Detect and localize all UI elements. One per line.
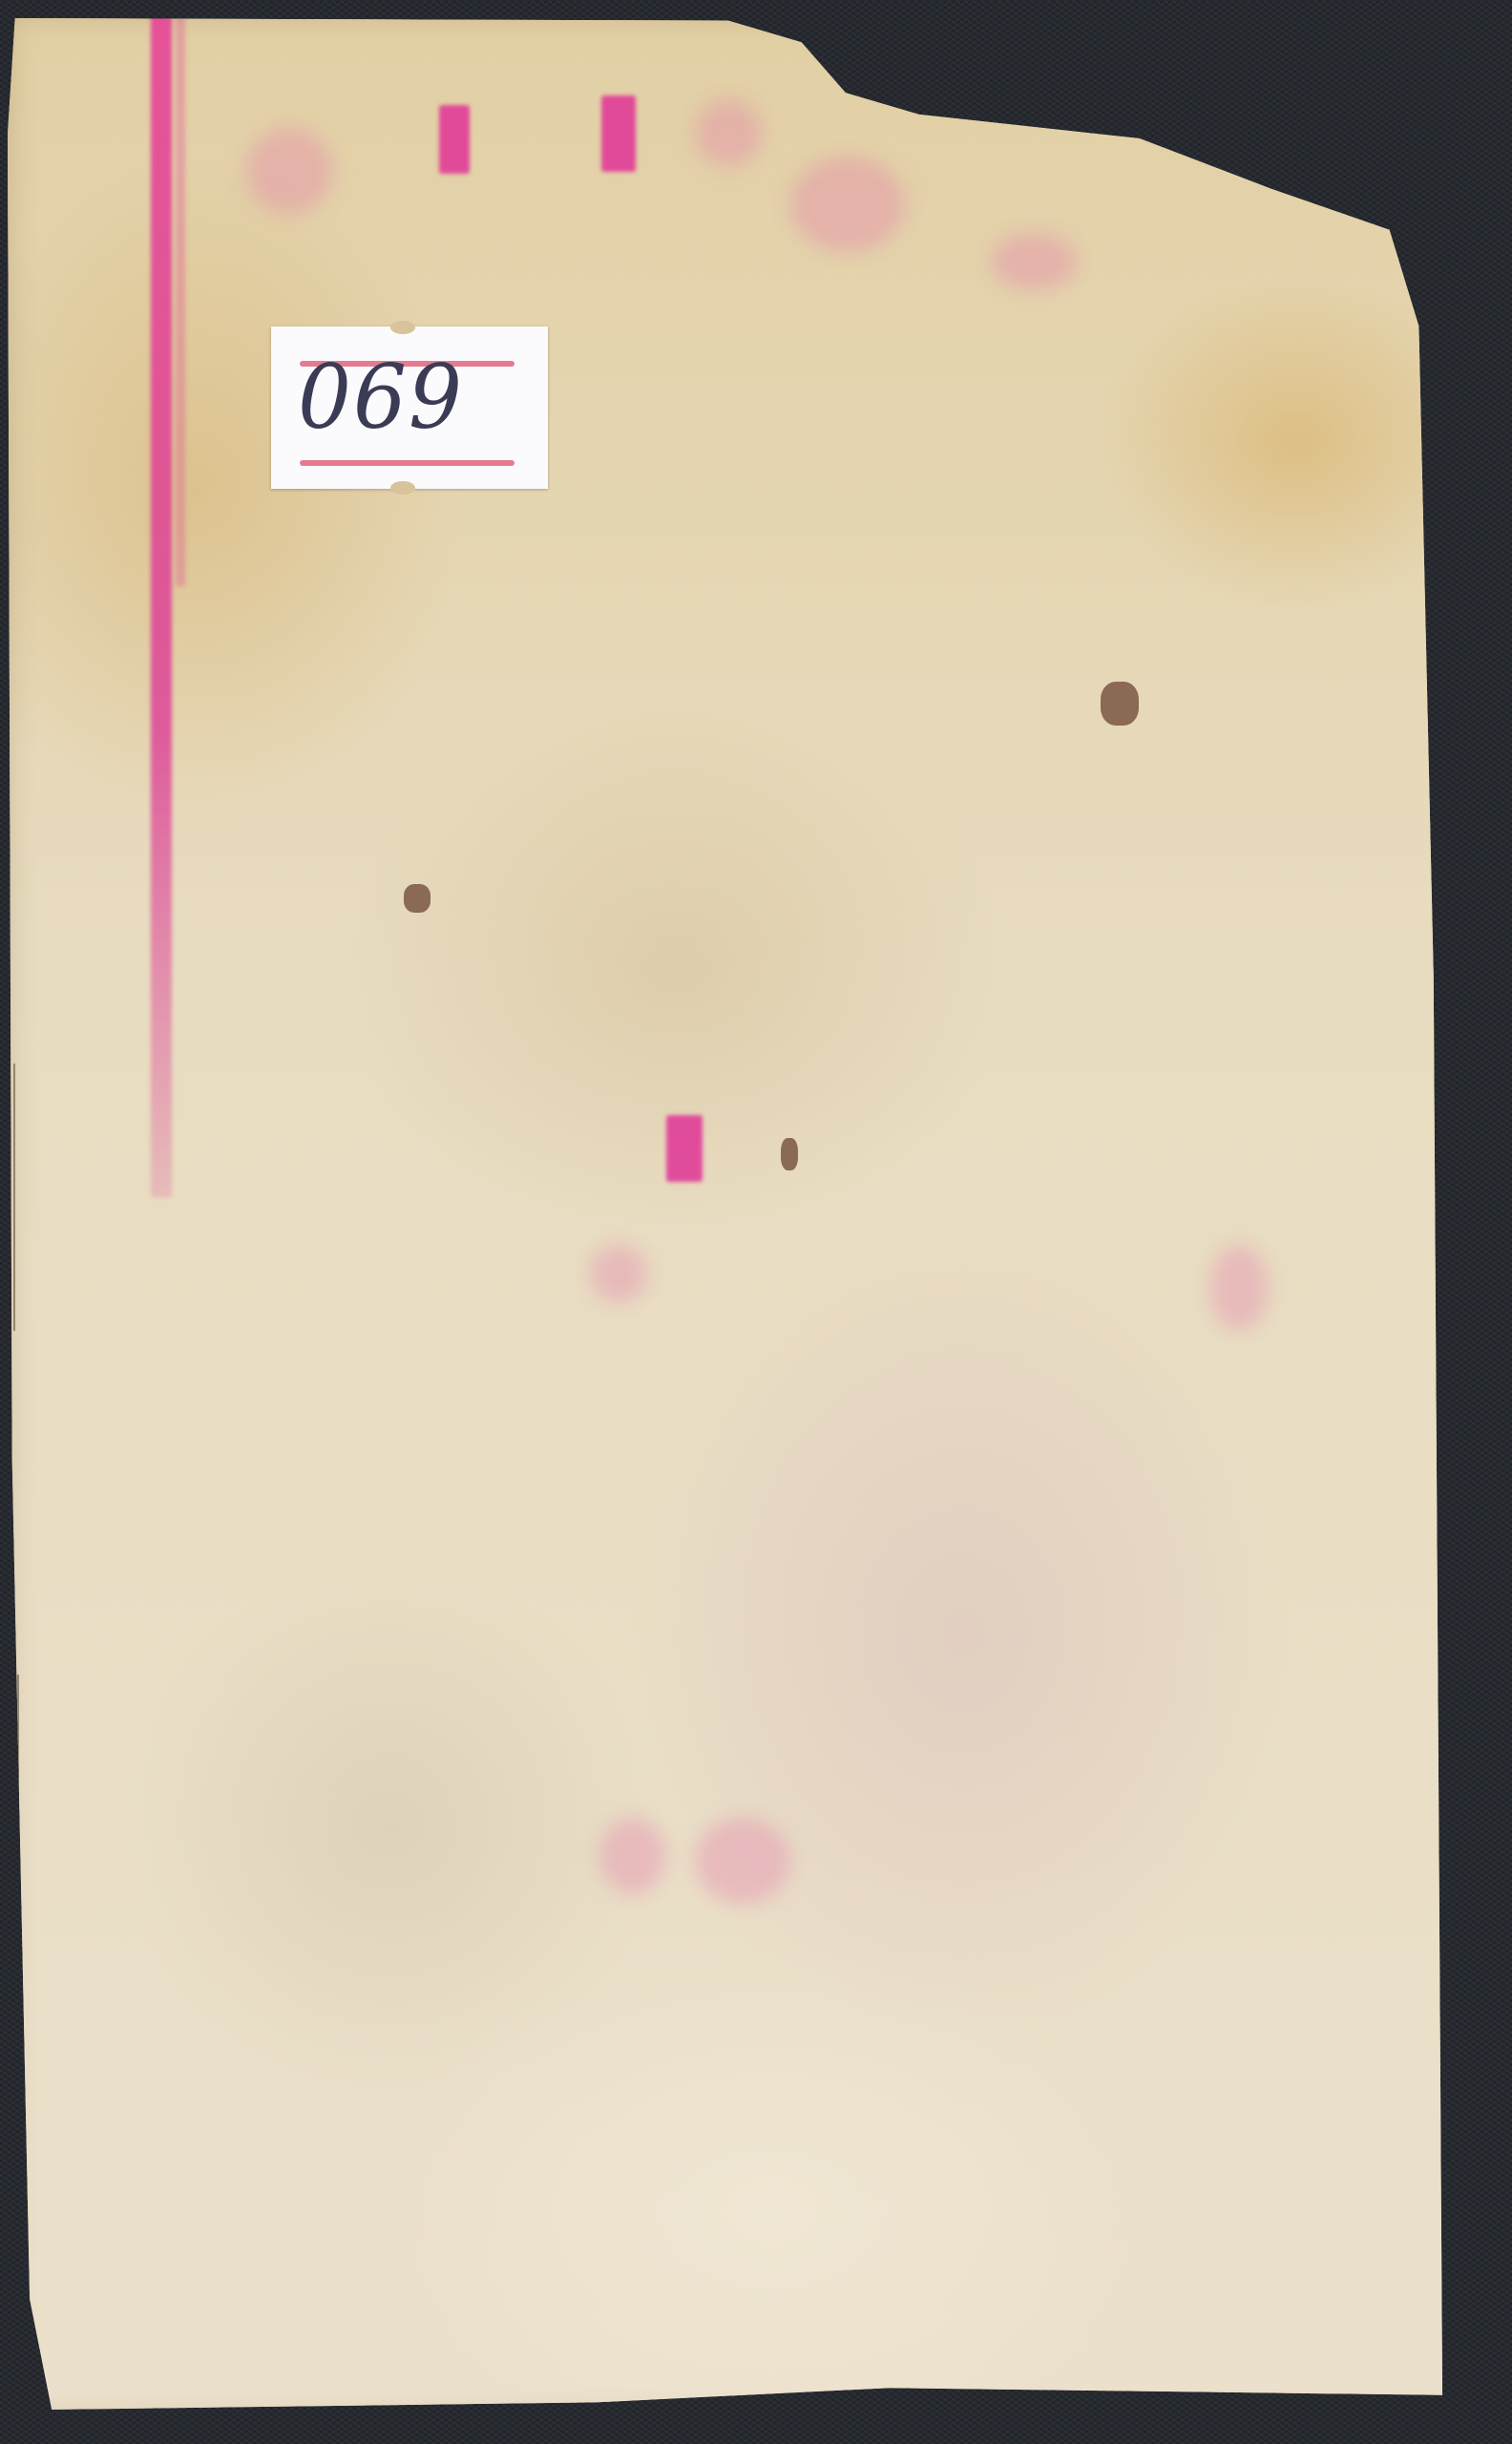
pink-mark-middle bbox=[666, 1115, 703, 1182]
magenta-spine-line bbox=[151, 13, 172, 1197]
pink-smudge bbox=[991, 233, 1077, 290]
pink-smudge bbox=[599, 1818, 666, 1894]
pink-smudge bbox=[1210, 1245, 1268, 1331]
debris-fleck bbox=[781, 1138, 798, 1170]
label-number: 069 bbox=[298, 353, 464, 441]
binding-thread bbox=[17, 1675, 19, 1885]
label-bottom-rule bbox=[300, 460, 514, 466]
pink-smudge bbox=[590, 1245, 647, 1302]
booklet-cover bbox=[8, 13, 1478, 2419]
pink-smudge bbox=[246, 128, 332, 214]
pink-mark-top-2 bbox=[601, 95, 636, 172]
pink-smudge bbox=[790, 157, 905, 252]
magenta-spine-line-shadow bbox=[176, 13, 185, 586]
pink-smudge bbox=[695, 1818, 790, 1904]
debris-fleck bbox=[1101, 682, 1139, 726]
pink-mark-top-1 bbox=[439, 105, 470, 174]
pink-smudge bbox=[695, 99, 762, 166]
catalog-label: 069 bbox=[271, 327, 548, 489]
binding-thread bbox=[13, 1064, 15, 1331]
debris-fleck bbox=[404, 884, 430, 913]
